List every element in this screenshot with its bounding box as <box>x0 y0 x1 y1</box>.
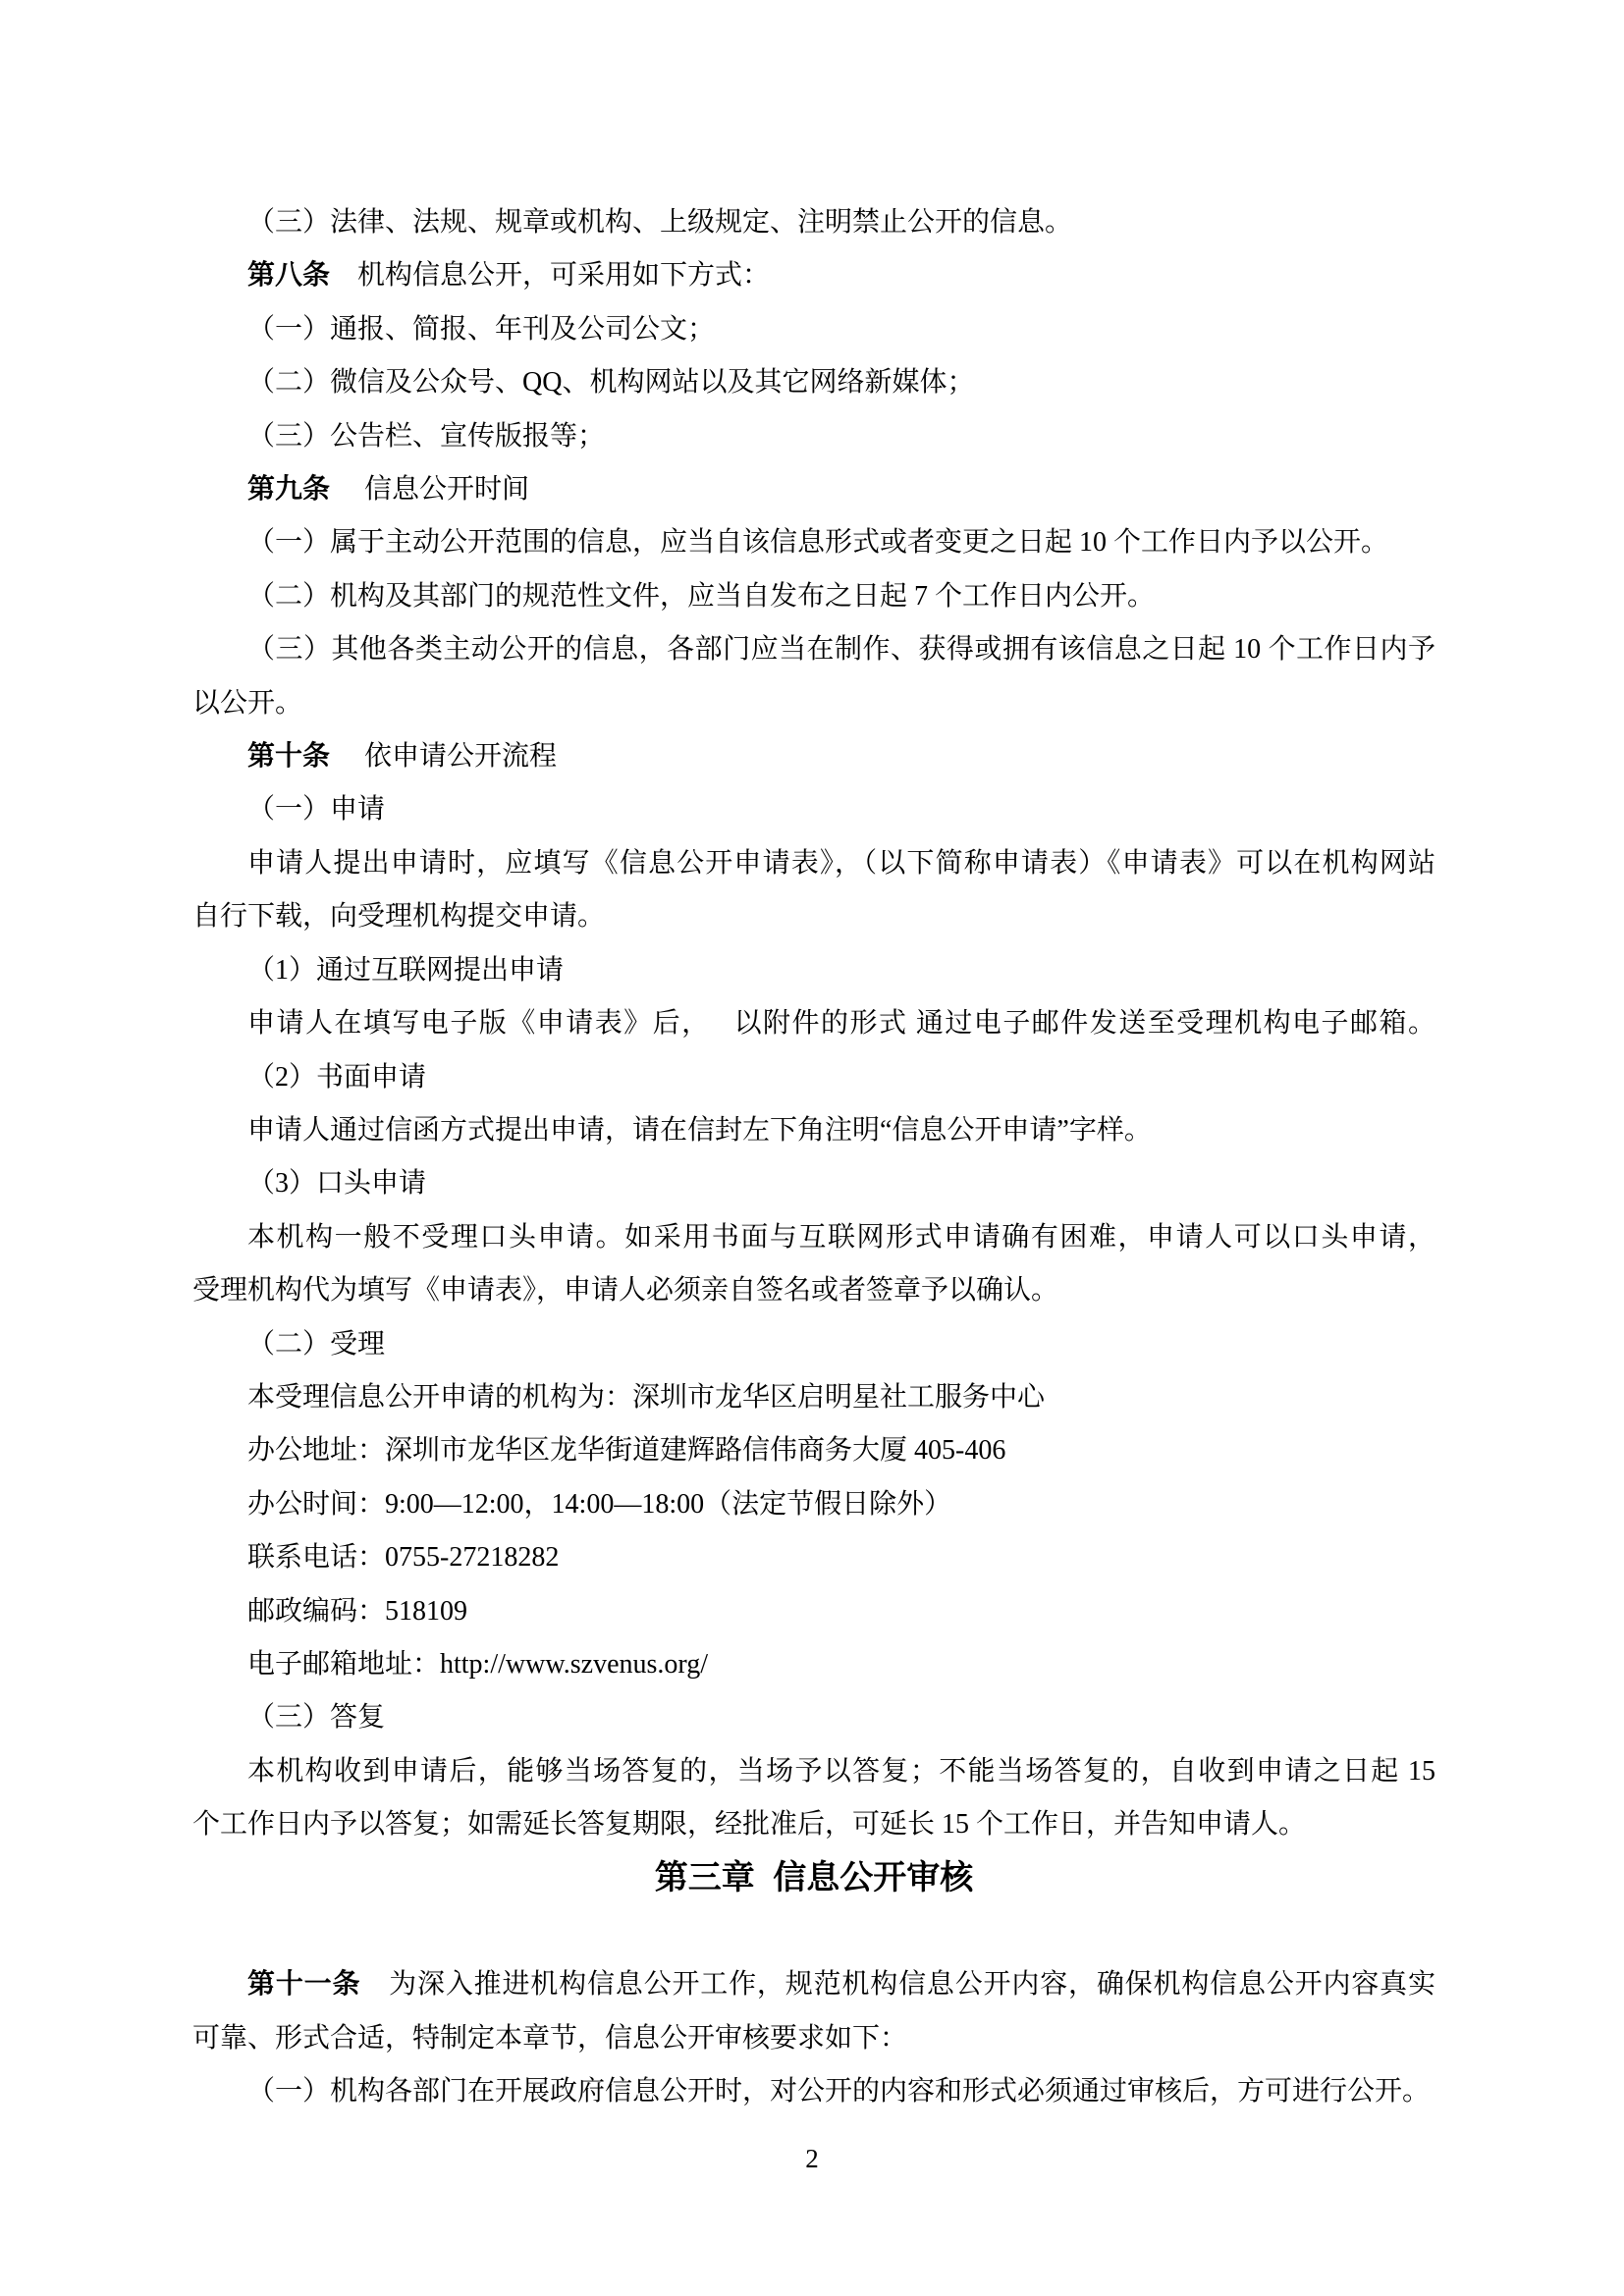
text-line: （3）口头申请 <box>192 1157 1435 1210</box>
text-line: （1）通过互联网提出申请 <box>192 944 1435 997</box>
text-run: （一）属于主动公开范围的信息，应当自该信息形式或者变更之日起 10 个工作日内予… <box>247 527 1388 558</box>
text-line: （三）公告栏、宣传版报等； <box>192 410 1435 463</box>
text-line: 本受理信息公开申请的机构为：深圳市龙华区启明星社工服务中心 <box>192 1371 1435 1424</box>
text-line: 办公时间：9:00—12:00，14:00—18:00（法定节假日除外） <box>192 1478 1435 1531</box>
text-line: （一）申请 <box>192 783 1435 836</box>
page-number: 2 <box>0 2143 1624 2174</box>
text-line: 本机构收到申请后，能够当场答复的，当场予以答复；不能当场答复的，自收到申请之日起… <box>192 1745 1435 1798</box>
text-run: （三）其他各类主动公开的信息，各部门应当在制作、获得或拥有该信息之日起 10 个… <box>247 634 1435 665</box>
bold-text-run: 第八条 <box>247 260 330 291</box>
text-run: 为深入推进机构信息公开工作，规范机构信息公开内容，确保机构信息公开内容真实 <box>360 1969 1435 2000</box>
text-line: 受理机构代为填写《申请表》，申请人必须亲自签名或者签章予以确认。 <box>192 1264 1435 1317</box>
text-run: （二）微信及公众号、QQ、机构网站以及其它网络新媒体； <box>247 367 974 398</box>
text-line: （三）法律、法规、规章或机构、上级规定、注明禁止公开的信息。 <box>192 196 1435 249</box>
text-line: 可靠、形式合适，特制定本章节，信息公开审核要求如下： <box>192 2012 1435 2065</box>
text-line: 电子邮箱地址：http://www.szvenus.org/ <box>192 1638 1435 1691</box>
text-line: 办公地址：深圳市龙华区龙华街道建辉路信伟商务大厦 405-406 <box>192 1424 1435 1477</box>
text-line: 自行下载，向受理机构提交申请。 <box>192 890 1435 943</box>
text-line: （二）微信及公众号、QQ、机构网站以及其它网络新媒体； <box>192 356 1435 409</box>
text-run: （二）机构及其部门的规范性文件，应当自发布之日起 7 个工作日内公开。 <box>247 581 1155 612</box>
text-run: 本受理信息公开申请的机构为：深圳市龙华区启明星社工服务中心 <box>247 1382 1045 1413</box>
text-run: （1）通过互联网提出申请 <box>247 955 564 986</box>
blank-line <box>192 1905 1435 1958</box>
text-run: 以公开。 <box>192 688 302 719</box>
text-run: 本机构收到申请后，能够当场答复的，当场予以答复；不能当场答复的，自收到申请之日起… <box>247 1756 1435 1787</box>
text-line: （二）受理 <box>192 1318 1435 1371</box>
text-run: 电子邮箱地址：http://www.szvenus.org/ <box>247 1649 708 1680</box>
text-run: 本机构一般不受理口头申请。如采用书面与互联网形式申请确有困难，申请人可以口头申请… <box>247 1222 1435 1253</box>
text-run: 信息公开时间 <box>330 474 529 505</box>
bold-text-run: 第十条 <box>247 741 330 772</box>
text-line: 申请人提出申请时，应填写《信息公开申请表》，（以下简称申请表）《申请表》可以在机… <box>192 837 1435 890</box>
text-run: 受理机构代为填写《申请表》，申请人必须亲自签名或者签章予以确认。 <box>192 1275 1058 1306</box>
text-line: （一）通报、简报、年刊及公司公文； <box>192 303 1435 356</box>
text-line: 第十条 依申请公开流程 <box>192 730 1435 783</box>
text-run: 可靠、形式合适，特制定本章节，信息公开审核要求如下： <box>192 2023 907 2054</box>
text-run: 申请人通过信函方式提出申请，请在信封左下角注明“信息公开申请”字样。 <box>247 1115 1152 1146</box>
text-line: 联系电话：0755-27218282 <box>192 1531 1435 1584</box>
bold-text-run: 第十一条 <box>247 1969 360 2000</box>
text-line: 邮政编码：518109 <box>192 1585 1435 1638</box>
document-page: （三）法律、法规、规章或机构、上级规定、注明禁止公开的信息。第八条 机构信息公开… <box>0 0 1624 2296</box>
text-line: 第十一条 为深入推进机构信息公开工作，规范机构信息公开内容，确保机构信息公开内容… <box>192 1958 1435 2011</box>
text-line: （一）机构各部门在开展政府信息公开时，对公开的内容和形式必须通过审核后，方可进行… <box>192 2065 1435 2118</box>
text-line: （2）书面申请 <box>192 1051 1435 1104</box>
text-line: 以公开。 <box>192 677 1435 730</box>
text-run: （三）答复 <box>247 1702 385 1733</box>
text-run: （一）申请 <box>247 794 385 825</box>
text-line: 第九条 信息公开时间 <box>192 463 1435 516</box>
text-run: 申请人提出申请时，应填写《信息公开申请表》，（以下简称申请表）《申请表》可以在机… <box>247 848 1435 879</box>
text-run: 申请人在填写电子版《申请表》后， 以附件的形式 通过电子邮件发送至受理机构电子邮… <box>247 1008 1435 1039</box>
text-run: 依申请公开流程 <box>330 741 557 772</box>
text-run: 办公时间：9:00—12:00，14:00—18:00（法定节假日除外） <box>247 1489 951 1520</box>
text-run: （三）法律、法规、规章或机构、上级规定、注明禁止公开的信息。 <box>247 207 1072 238</box>
text-line: （三）答复 <box>192 1691 1435 1744</box>
text-line: 申请人在填写电子版《申请表》后， 以附件的形式 通过电子邮件发送至受理机构电子邮… <box>192 997 1435 1050</box>
text-line: 本机构一般不受理口头申请。如采用书面与互联网形式申请确有困难，申请人可以口头申请… <box>192 1211 1435 1264</box>
text-run: （一）通报、简报、年刊及公司公文； <box>247 314 715 345</box>
text-run: 联系电话：0755-27218282 <box>247 1542 559 1573</box>
text-run: （三）公告栏、宣传版报等； <box>247 421 605 452</box>
text-run: 个工作日内予以答复；如需延长答复期限，经批准后，可延长 15 个工作日，并告知申… <box>192 1809 1306 1840</box>
text-run: （二）受理 <box>247 1329 385 1360</box>
chapter-heading: 第三章 信息公开审核 <box>192 1852 1435 1905</box>
text-line: 个工作日内予以答复；如需延长答复期限，经批准后，可延长 15 个工作日，并告知申… <box>192 1798 1435 1851</box>
bold-text-run: 第九条 <box>247 474 330 505</box>
text-line: 第八条 机构信息公开，可采用如下方式： <box>192 249 1435 302</box>
text-run: （3）口头申请 <box>247 1168 426 1199</box>
text-run: 自行下载，向受理机构提交申请。 <box>192 901 605 932</box>
text-run: （2）书面申请 <box>247 1062 426 1093</box>
text-line: （二）机构及其部门的规范性文件，应当自发布之日起 7 个工作日内公开。 <box>192 570 1435 623</box>
text-run: 办公地址：深圳市龙华区龙华街道建辉路信伟商务大厦 405-406 <box>247 1435 1005 1466</box>
text-line: 申请人通过信函方式提出申请，请在信封左下角注明“信息公开申请”字样。 <box>192 1104 1435 1157</box>
text-run: （一）机构各部门在开展政府信息公开时，对公开的内容和形式必须通过审核后，方可进行… <box>247 2076 1430 2107</box>
text-run: 机构信息公开，可采用如下方式： <box>330 260 770 291</box>
text-run: 邮政编码：518109 <box>247 1596 467 1627</box>
text-line: （三）其他各类主动公开的信息，各部门应当在制作、获得或拥有该信息之日起 10 个… <box>192 623 1435 676</box>
bold-text-run: 第三章 信息公开审核 <box>655 1860 974 1896</box>
text-line: （一）属于主动公开范围的信息，应当自该信息形式或者变更之日起 10 个工作日内予… <box>192 516 1435 569</box>
document-body: （三）法律、法规、规章或机构、上级规定、注明禁止公开的信息。第八条 机构信息公开… <box>192 196 1435 2119</box>
